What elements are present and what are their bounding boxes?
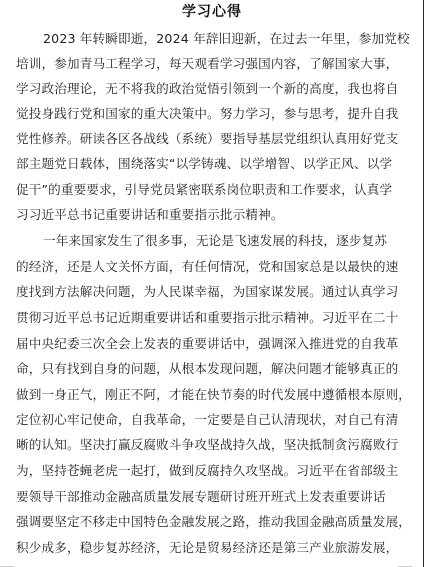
paragraph-1-line-1: 2023 年转瞬即逝，2024 年辞旧迎新，在过去一年里，参加党校 [43, 30, 410, 48]
paragraph-2-line-4: 贯彻习近平总书记近期重要讲话和重要指示批示精神。习近平在二十 [16, 309, 398, 327]
paragraph-2-line-5: 届中央纪委三次全会上发表的重要讲话中，强调深入推进党的自我革 [16, 335, 398, 353]
paragraph-1-line-7: 促干”的重要要求，引导党员紧密联系岗位职责和工作要求，认真学 [16, 181, 392, 199]
paragraph-1-line-6: 部主题党日载体，围绕落实“以学铸魂、以学增智、以学正风、以学 [16, 155, 392, 173]
paragraph-2-line-1: 一年来国家发生了很多事，无论是飞速发展的科技，逐步复苏 [43, 232, 387, 250]
paragraph-2-line-7: 做到一身正气，刚正不阿，才能在快节奏的时代发展中遵循根本原则， [16, 386, 411, 404]
paragraph-2-line-2: 的经济，还是人文关怀方面，有任何情况，党和国家总是以最快的速 [16, 258, 398, 276]
paragraph-1-line-4: 觉投身践行党和国家的重大决策中。努力学习，参与思考，提升自我 [16, 105, 398, 123]
paragraph-2-line-9: 晰的认知。坚决打赢反腐败斗争攻坚战持久战，坚决抵制贪污腐败行 [16, 436, 398, 454]
paragraph-2-line-12: 强调要坚定不移走中国特色金融发展之路，推动我国金融高质量发展， [16, 513, 411, 531]
paragraph-2-line-10: 为，坚持苍蝇老虎一起打，做到反腐持久攻坚战。习近平在省部级主 [16, 462, 398, 480]
paragraph-1-line-8: 习习近平总书记重要讲话和重要指示批示精神。 [16, 206, 284, 224]
paragraph-1-line-2: 培训，参加青马工程学习，每天观看学习强国内容，了解国家大事， [16, 55, 398, 73]
paragraph-1-line-3: 学习政治理论，无不将我的政治觉悟引领到一个新的高度，我也将自 [16, 80, 398, 98]
document-page: 学习心得 2023 年转瞬即逝，2024 年辞旧迎新，在过去一年里，参加党校 培… [0, 0, 424, 567]
paragraph-2-line-3: 度找到方法解决问题，为人民谋幸福，为国家谋发展。通过认真学习 [16, 283, 398, 301]
paragraph-2-line-11: 要领导干部推动金融高质量发展专题研讨班开班式上发表重要讲话 [16, 488, 386, 506]
paragraph-1-line-5: 党性修养。研读各区各战线（系统）要指导基层党组织认真用好党支 [16, 130, 398, 148]
paragraph-2-line-8: 定位初心牢记使命，自我革命，一定要是自己认清现状，对自己有清 [16, 411, 398, 429]
paragraph-2-line-13: 积少成多，稳步复苏经济，无论是贸易经济还是第三产业旅游发展， [16, 539, 398, 557]
paragraph-2-line-6: 命，只有找到自身的问题，从根本发现问题，解决问题才能够真正的 [16, 360, 398, 378]
document-title: 学习心得 [0, 2, 424, 22]
